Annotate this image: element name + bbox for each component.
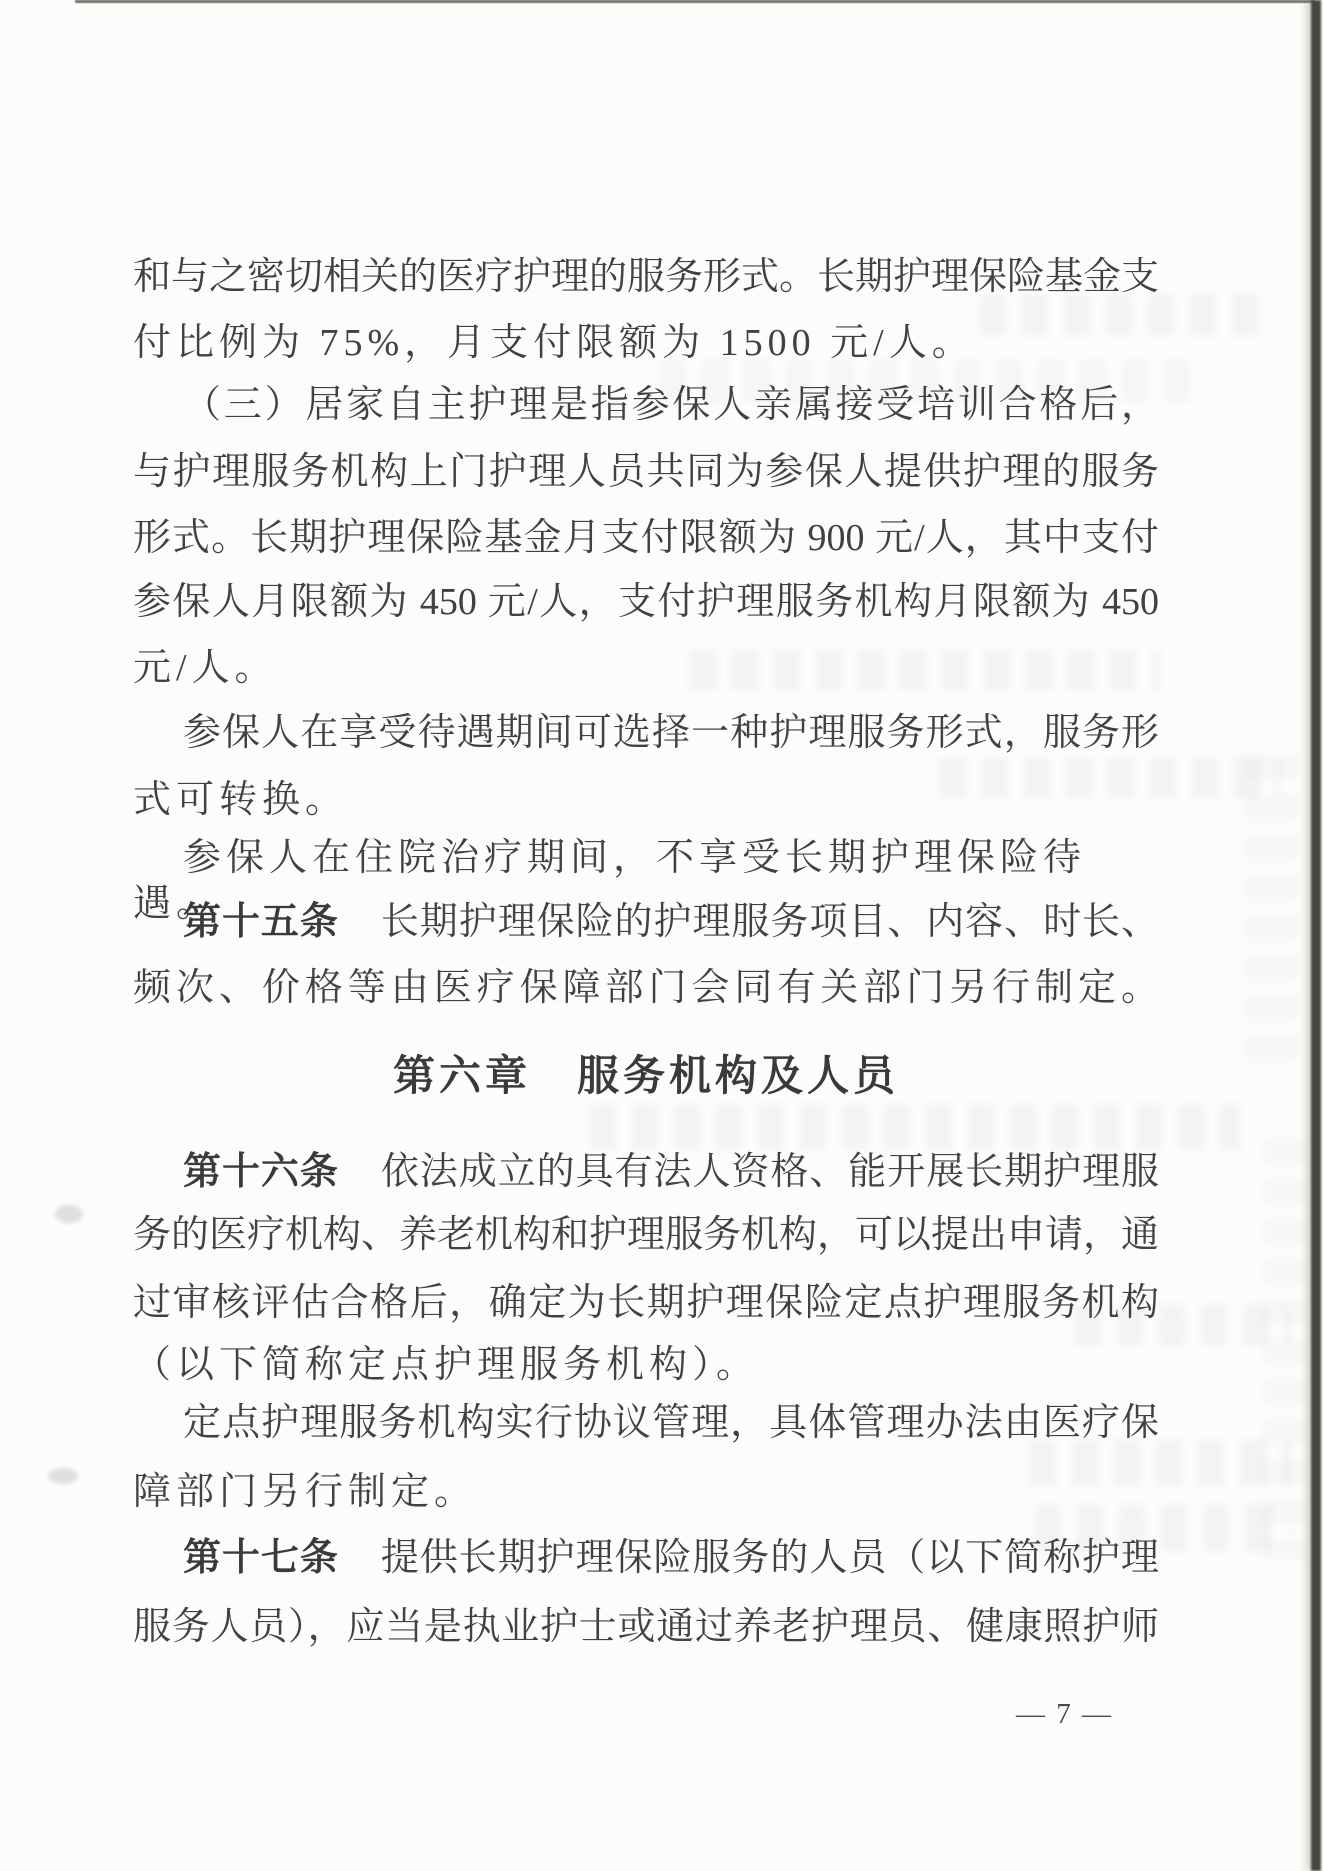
article-text: 依法成立的具有法人资格、能开展长期护理服 (381, 1151, 1159, 1193)
paragraph-line: 服务人员），应当是执业护士或通过养老护理员、健康照护师 (133, 1604, 1159, 1650)
paragraph-line: 元/人。 (133, 645, 1159, 691)
paragraph-line: 和与之密切相关的医疗护理的服务形式。长期护理保险基金支 (133, 254, 1159, 300)
paragraph-line: 参保人月限额为 450 元/人，支付护理服务机构月限额为 450 (133, 579, 1159, 625)
article-text: 长期护理保险的护理服务项目、内容、时长、 (381, 901, 1159, 943)
paragraph-line: 务的医疗机构、养老机构和护理服务机构，可以提出申请，通 (133, 1212, 1159, 1258)
scanned-document-page: 和与之密切相关的医疗护理的服务形式。长期护理保险基金支 付比例为 75%，月支付… (0, 0, 1323, 1871)
article-number-label: 第十五条 (183, 901, 339, 943)
article-number-label: 第十六条 (183, 1151, 339, 1193)
paragraph-line: （三）居家自主护理是指参保人亲属接受培训合格后， (133, 382, 1159, 428)
article-15-line: 第十五条长期护理保险的护理服务项目、内容、时长、 (133, 899, 1159, 945)
scan-top-edge-artifact (75, 0, 1315, 3)
article-17-line: 第十七条提供长期护理保险服务的人员（以下简称护理 (133, 1535, 1159, 1581)
article-text: 提供长期护理保险服务的人员（以下简称护理 (381, 1537, 1159, 1579)
paragraph-line: 式可转换。 (133, 777, 1159, 823)
paragraph-line: 过审核评估合格后，确定为长期护理保险定点护理服务机构 (133, 1280, 1159, 1326)
bleedthrough-artifact (1262, 1140, 1310, 1560)
scan-speck (48, 1468, 78, 1484)
article-number-label: 第十七条 (183, 1537, 339, 1579)
page-number: — 7 — (1016, 1698, 1113, 1731)
paragraph-line: （以下简称定点护理服务机构）。 (133, 1342, 1159, 1388)
paragraph-line: 频次、价格等由医疗保障部门会同有关部门另行制定。 (133, 965, 1159, 1011)
paragraph-line: 付比例为 75%，月支付限额为 1500 元/人。 (133, 320, 1159, 366)
paragraph-line: 与护理服务机构上门护理人员共同为参保人提供护理的服务 (133, 449, 1159, 495)
paragraph-line: 参保人在享受待遇期间可选择一种护理服务形式，服务形 (133, 710, 1159, 756)
paragraph-line: 形式。长期护理保险基金月支付限额为 900 元/人，其中支付 (133, 515, 1159, 561)
scan-right-edge-artifact (1311, 0, 1321, 1871)
bleedthrough-artifact (1245, 755, 1300, 1065)
paragraph-line: 定点护理服务机构实行协议管理，具体管理办法由医疗保 (133, 1400, 1159, 1446)
bleedthrough-artifact (590, 1105, 1240, 1149)
chapter-heading: 第六章 服务机构及人员 (133, 1050, 1159, 1102)
article-16-line: 第十六条依法成立的具有法人资格、能开展长期护理服 (133, 1149, 1159, 1195)
paragraph-line: 障部门另行制定。 (133, 1469, 1159, 1515)
scan-speck (55, 1205, 83, 1223)
